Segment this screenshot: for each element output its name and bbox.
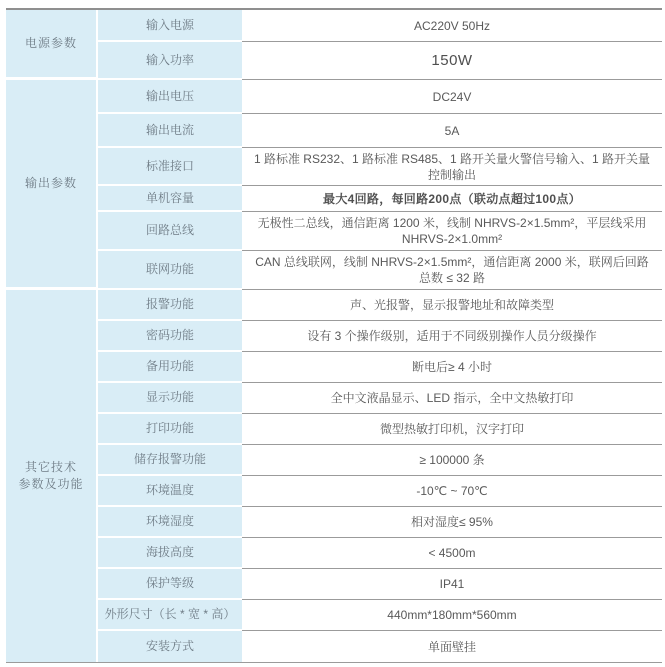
- param-label-alarm-storage: 储存报警功能: [96, 445, 242, 476]
- param-label-display-function: 显示功能: [96, 383, 242, 414]
- param-label-dimensions: 外形尺寸（长 * 宽 * 高）: [96, 600, 242, 631]
- param-label-backup-function: 备用功能: [96, 352, 242, 383]
- spec-value-ambient-humidity: 相对湿度≤ 95%: [242, 507, 662, 538]
- spec-value-standard-interface: 1 路标准 RS232、1 路标准 RS485、1 路开关量火警信号输入、1 路…: [242, 148, 662, 186]
- spec-value-output-voltage: DC24V: [242, 80, 662, 114]
- spec-value-networking: CAN 总线联网，线制 NHRVS-2×1.5mm²，通信距离 2000 米，联…: [242, 251, 662, 290]
- param-label-networking: 联网功能: [96, 251, 242, 290]
- spec-value-protection-rating: IP41: [242, 569, 662, 600]
- spec-value-password-function: 设有 3 个操作级别，适用于不同级别操作人员分级操作: [242, 321, 662, 352]
- spec-value-mounting-method: 单面壁挂: [242, 631, 662, 662]
- param-label-mounting-method: 安装方式: [96, 631, 242, 662]
- spec-value-alarm-function: 声、光报警，显示报警地址和故障类型: [242, 290, 662, 321]
- spec-value-dimensions: 440mm*180mm*560mm: [242, 600, 662, 631]
- param-label-altitude: 海拔高度: [96, 538, 242, 569]
- spec-table: 电源参数 输出参数 其它技术 参数及功能 输入电源 AC220V 50Hz 输入…: [6, 8, 662, 663]
- category-cell-other-params: 其它技术 参数及功能: [6, 290, 96, 662]
- spec-value-alarm-storage: ≥ 100000 条: [242, 445, 662, 476]
- param-label-ambient-temperature: 环境温度: [96, 476, 242, 507]
- category-cell-power-params: 电源参数: [6, 10, 96, 80]
- spec-value-print-function: 微型热敏打印机，汉字打印: [242, 414, 662, 445]
- param-label-input-power-source: 输入电源: [96, 10, 242, 42]
- param-label-standard-interface: 标准接口: [96, 148, 242, 186]
- spec-value-altitude: < 4500m: [242, 538, 662, 569]
- param-label-print-function: 打印功能: [96, 414, 242, 445]
- spec-value-input-wattage: 150W: [242, 42, 662, 80]
- param-label-unit-capacity: 单机容量: [96, 186, 242, 212]
- param-label-loop-bus: 回路总线: [96, 212, 242, 251]
- spec-value-display-function: 全中文液晶显示、LED 指示，全中文热敏打印: [242, 383, 662, 414]
- param-label-protection-rating: 保护等级: [96, 569, 242, 600]
- category-cell-output-params: 输出参数: [6, 80, 96, 290]
- spec-value-backup-function: 断电后≥ 4 小时: [242, 352, 662, 383]
- param-label-ambient-humidity: 环境湿度: [96, 507, 242, 538]
- param-label-output-current: 输出电流: [96, 114, 242, 148]
- param-label-password-function: 密码功能: [96, 321, 242, 352]
- spec-value-output-current: 5A: [242, 114, 662, 148]
- spec-value-input-power-source: AC220V 50Hz: [242, 10, 662, 42]
- spec-value-loop-bus: 无极性二总线，通信距离 1200 米，线制 NHRVS-2×1.5mm²，平层线…: [242, 212, 662, 251]
- param-label-output-voltage: 输出电压: [96, 80, 242, 114]
- param-label-input-wattage: 输入功率: [96, 42, 242, 80]
- spec-value-ambient-temperature: -10℃ ~ 70℃: [242, 476, 662, 507]
- param-label-alarm-function: 报警功能: [96, 290, 242, 321]
- spec-value-unit-capacity: 最大4回路，每回路200点（联动点超过100点）: [242, 186, 662, 212]
